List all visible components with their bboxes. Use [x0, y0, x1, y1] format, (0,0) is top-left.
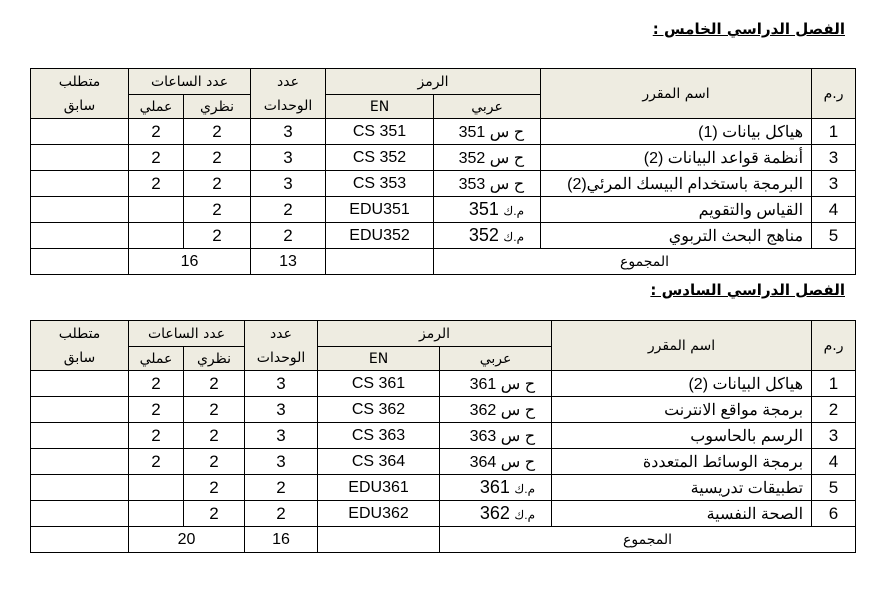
course-name: القياس والتقويم [541, 197, 812, 223]
course-code-ar: ح س 351 [434, 119, 541, 145]
code-ar-number: 352 [469, 225, 499, 245]
table-row: 4 القياس والتقويم م.ك 351 EDU351 2 2 [31, 197, 856, 223]
code-ar-prefix: م.ك [514, 482, 535, 496]
row-index: 4 [812, 449, 856, 475]
header-code-group: الرمز [326, 69, 541, 95]
table-row: 3 البرمجة باستخدام البيسك المرئي(2) ح س … [31, 171, 856, 197]
prerequisite [31, 475, 129, 501]
hours-theory: 2 [184, 475, 245, 501]
hours-practical: 2 [129, 119, 184, 145]
header-units-line2: الوحدات [251, 95, 326, 119]
code-ar-number: 352 [459, 150, 486, 167]
header-units-line1: عدد [245, 321, 318, 347]
prerequisite [31, 501, 129, 527]
course-code-en: CS 361 [318, 371, 440, 397]
course-code-ar: م.ك 362 [440, 501, 552, 527]
total-empty-cell [318, 527, 440, 553]
header-course-name: اسم المقرر [541, 69, 812, 119]
code-ar-prefix: ح س [501, 402, 535, 419]
course-name: برمجة مواقع الانترنت [552, 397, 812, 423]
course-units: 2 [251, 223, 326, 249]
hours-theory: 2 [184, 119, 251, 145]
prerequisite [31, 119, 129, 145]
course-code-en: CS 363 [318, 423, 440, 449]
course-units: 2 [245, 501, 318, 527]
course-code-ar: ح س 352 [434, 145, 541, 171]
code-ar-number: 363 [470, 428, 497, 445]
hours-practical: 2 [129, 171, 184, 197]
course-code-ar: م.ك 361 [440, 475, 552, 501]
table-row: 5 تطبيقات تدريسية م.ك 361 EDU361 2 2 [31, 475, 856, 501]
course-code-en: EDU351 [326, 197, 434, 223]
hours-practical [129, 475, 184, 501]
course-name: الصحة النفسية [552, 501, 812, 527]
hours-theory: 2 [184, 397, 245, 423]
hours-theory: 2 [184, 145, 251, 171]
total-prerequisite [31, 249, 129, 275]
table-row: 5 مناهج البحث التربوي م.ك 352 EDU352 2 2 [31, 223, 856, 249]
hours-practical: 2 [129, 449, 184, 475]
table-row: 3 أنظمة قواعد البيانات (2) ح س 352 CS 35… [31, 145, 856, 171]
row-index: 3 [812, 423, 856, 449]
course-units: 3 [251, 171, 326, 197]
course-units: 3 [245, 449, 318, 475]
course-units: 2 [245, 475, 318, 501]
course-units: 3 [245, 371, 318, 397]
hours-practical: 2 [129, 423, 184, 449]
hours-theory: 2 [184, 223, 251, 249]
hours-theory: 2 [184, 171, 251, 197]
total-label: المجموع [434, 249, 856, 275]
total-hours: 16 [129, 249, 251, 275]
prerequisite [31, 423, 129, 449]
course-code-ar: ح س 361 [440, 371, 552, 397]
prerequisite [31, 197, 129, 223]
total-prerequisite [31, 527, 129, 553]
code-ar-prefix: ح س [490, 150, 524, 167]
prerequisite [31, 145, 129, 171]
course-code-ar: ح س 364 [440, 449, 552, 475]
prerequisite [31, 223, 129, 249]
row-index: 4 [812, 197, 856, 223]
header-prereq-line1: متطلب [31, 321, 129, 347]
code-ar-prefix: م.ك [503, 230, 524, 244]
header-hours-practical: عملي [129, 95, 184, 119]
row-index: 3 [812, 171, 856, 197]
prerequisite [31, 171, 129, 197]
row-index: 1 [812, 371, 856, 397]
row-index: 3 [812, 145, 856, 171]
row-index: 5 [812, 223, 856, 249]
course-code-en: EDU361 [318, 475, 440, 501]
header-prereq-line1: متطلب [31, 69, 129, 95]
code-ar-number: 351 [469, 199, 499, 219]
hours-practical: 2 [129, 145, 184, 171]
course-name: هياكل البيانات (2) [552, 371, 812, 397]
semester-5-course-table: ر.م اسم المقرر الرمز عدد عدد الساعات متط… [30, 68, 856, 275]
total-label: المجموع [440, 527, 856, 553]
semester-5-title: الفصل الدراسي الخامس : [653, 20, 845, 38]
course-units: 3 [251, 145, 326, 171]
hours-practical [129, 197, 184, 223]
course-name: أنظمة قواعد البيانات (2) [541, 145, 812, 171]
course-code-ar: م.ك 351 [434, 197, 541, 223]
row-index: 6 [812, 501, 856, 527]
header-prereq-line2: سابق [31, 95, 129, 119]
header-code-ar: عربي [440, 347, 552, 371]
header-index: ر.م [812, 321, 856, 371]
course-code-ar: م.ك 352 [434, 223, 541, 249]
total-hours: 20 [129, 527, 245, 553]
table-row: 1 هياكل بيانات (1) ح س 351 CS 351 3 2 2 [31, 119, 856, 145]
header-hours-group: عدد الساعات [129, 69, 251, 95]
total-row: المجموع 16 20 [31, 527, 856, 553]
code-ar-number: 364 [470, 454, 497, 471]
prerequisite [31, 449, 129, 475]
table-row: 3 الرسم بالحاسوب ح س 363 CS 363 3 2 2 [31, 423, 856, 449]
hours-practical [129, 501, 184, 527]
row-index: 5 [812, 475, 856, 501]
table-row: 1 هياكل البيانات (2) ح س 361 CS 361 3 2 … [31, 371, 856, 397]
course-code-en: CS 362 [318, 397, 440, 423]
prerequisite [31, 371, 129, 397]
hours-theory: 2 [184, 501, 245, 527]
total-row: المجموع 13 16 [31, 249, 856, 275]
code-ar-prefix: ح س [501, 428, 535, 445]
table-row: 2 برمجة مواقع الانترنت ح س 362 CS 362 3 … [31, 397, 856, 423]
hours-practical [129, 223, 184, 249]
prerequisite [31, 397, 129, 423]
header-code-group: الرمز [318, 321, 552, 347]
course-units: 3 [245, 397, 318, 423]
course-code-en: EDU362 [318, 501, 440, 527]
course-name: الرسم بالحاسوب [552, 423, 812, 449]
hours-practical: 2 [129, 397, 184, 423]
code-ar-prefix: ح س [490, 124, 524, 141]
header-prereq-line2: سابق [31, 347, 129, 371]
row-index: 1 [812, 119, 856, 145]
course-code-en: CS 351 [326, 119, 434, 145]
code-ar-prefix: ح س [490, 176, 524, 193]
hours-theory: 2 [184, 197, 251, 223]
course-units: 3 [245, 423, 318, 449]
header-units-line2: الوحدات [245, 347, 318, 371]
course-code-ar: ح س 363 [440, 423, 552, 449]
total-units: 16 [245, 527, 318, 553]
code-ar-prefix: ح س [501, 454, 535, 471]
code-ar-number: 361 [480, 477, 510, 497]
header-code-en: EN [326, 95, 434, 119]
header-code-ar: عربي [434, 95, 541, 119]
header-code-en: EN [318, 347, 440, 371]
total-empty-cell [326, 249, 434, 275]
header-units-line1: عدد [251, 69, 326, 95]
header-hours-practical: عملي [129, 347, 184, 371]
code-ar-number: 362 [480, 503, 510, 523]
course-code-en: CS 352 [326, 145, 434, 171]
header-course-name: اسم المقرر [552, 321, 812, 371]
code-ar-prefix: م.ك [503, 204, 524, 218]
header-hours-theory: نظري [184, 347, 245, 371]
course-name: برمجة الوسائط المتعددة [552, 449, 812, 475]
header-index: ر.م [812, 69, 856, 119]
course-name: هياكل بيانات (1) [541, 119, 812, 145]
hours-theory: 2 [184, 371, 245, 397]
total-units: 13 [251, 249, 326, 275]
course-code-en: EDU352 [326, 223, 434, 249]
hours-practical: 2 [129, 371, 184, 397]
code-ar-number: 351 [459, 124, 486, 141]
code-ar-number: 353 [459, 176, 486, 193]
course-units: 2 [251, 197, 326, 223]
hours-theory: 2 [184, 423, 245, 449]
course-name: مناهج البحث التربوي [541, 223, 812, 249]
code-ar-prefix: ح س [501, 376, 535, 393]
course-code-ar: ح س 353 [434, 171, 541, 197]
code-ar-number: 361 [470, 376, 497, 393]
header-hours-theory: نظري [184, 95, 251, 119]
course-name: البرمجة باستخدام البيسك المرئي(2) [541, 171, 812, 197]
course-code-ar: ح س 362 [440, 397, 552, 423]
course-name: تطبيقات تدريسية [552, 475, 812, 501]
table-row: 6 الصحة النفسية م.ك 362 EDU362 2 2 [31, 501, 856, 527]
row-index: 2 [812, 397, 856, 423]
hours-theory: 2 [184, 449, 245, 475]
code-ar-prefix: م.ك [514, 508, 535, 522]
course-code-en: CS 353 [326, 171, 434, 197]
table-row: 4 برمجة الوسائط المتعددة ح س 364 CS 364 … [31, 449, 856, 475]
code-ar-number: 362 [470, 402, 497, 419]
course-units: 3 [251, 119, 326, 145]
header-hours-group: عدد الساعات [129, 321, 245, 347]
semester-6-title: الفصل الدراسي السادس : [650, 281, 845, 299]
semester-6-course-table: ر.م اسم المقرر الرمز عدد عدد الساعات متط… [30, 320, 856, 553]
course-code-en: CS 364 [318, 449, 440, 475]
